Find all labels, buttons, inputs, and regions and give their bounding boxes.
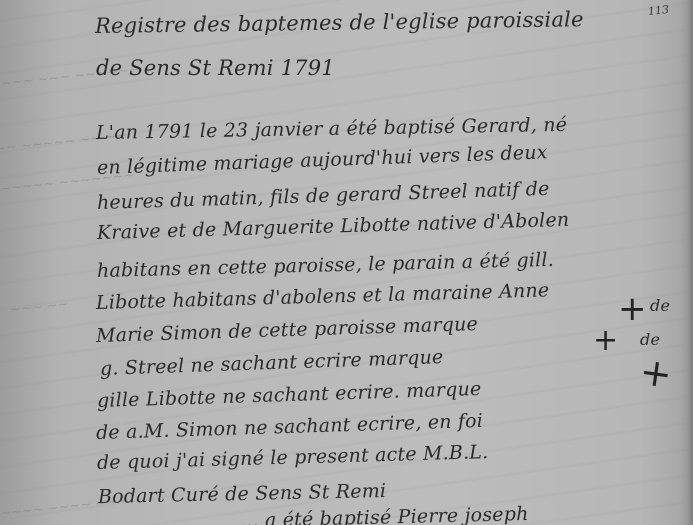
entry-line: de a.M. Simon ne sachant ecrire, en foi — [96, 410, 484, 444]
entry-line: de quoi j'ai signé le present acte M.B.L… — [97, 441, 489, 474]
entry-line: en légitime mariage aujourd'hui vers les… — [97, 141, 548, 179]
cross-mark: + — [638, 352, 675, 394]
entry-line: L'an 1791 le 23 janvier a été baptisé Ge… — [96, 114, 568, 144]
mark-label: de — [650, 296, 670, 315]
mark-label: de — [640, 330, 660, 349]
folio-number: 113 — [647, 3, 669, 18]
heading-line-1: Registre des baptemes de l'eglise parois… — [95, 7, 584, 38]
page-edge — [687, 0, 693, 525]
bleedthrough-text: ~~~ ~~ — [9, 297, 69, 318]
entry-line: Libotte habitans d'abolens et la maraine… — [96, 279, 550, 314]
entry-line: Marie Simon de cette paroisse marque — [96, 313, 479, 347]
heading-line-2: de Sens St Remi 1791 — [96, 56, 335, 80]
register-page: ~~~~ ~~~ ~~~~~~ ~~ ~~~~~ ~~ ~~ ~~~~~ ~~~… — [0, 0, 693, 525]
entry-line: heures du matin, fils de gerard Streel n… — [97, 178, 550, 214]
cross-mark: + — [593, 326, 618, 356]
entry-line: g. Streel ne sachant ecrire marque — [100, 346, 444, 380]
entry-line: Kraive et de Marguerite Libotte native d… — [97, 209, 570, 244]
entry-line: Bodart Curé de Sens St Remi — [98, 480, 387, 508]
cross-mark: + — [618, 292, 647, 326]
entry-line: habitans en cette paroisse, le parain a … — [97, 249, 554, 282]
entry-line: gille Libotte ne sachant ecrire. marque — [97, 378, 482, 412]
entry-line: ... a été baptisé Pierre joseph — [240, 503, 529, 525]
